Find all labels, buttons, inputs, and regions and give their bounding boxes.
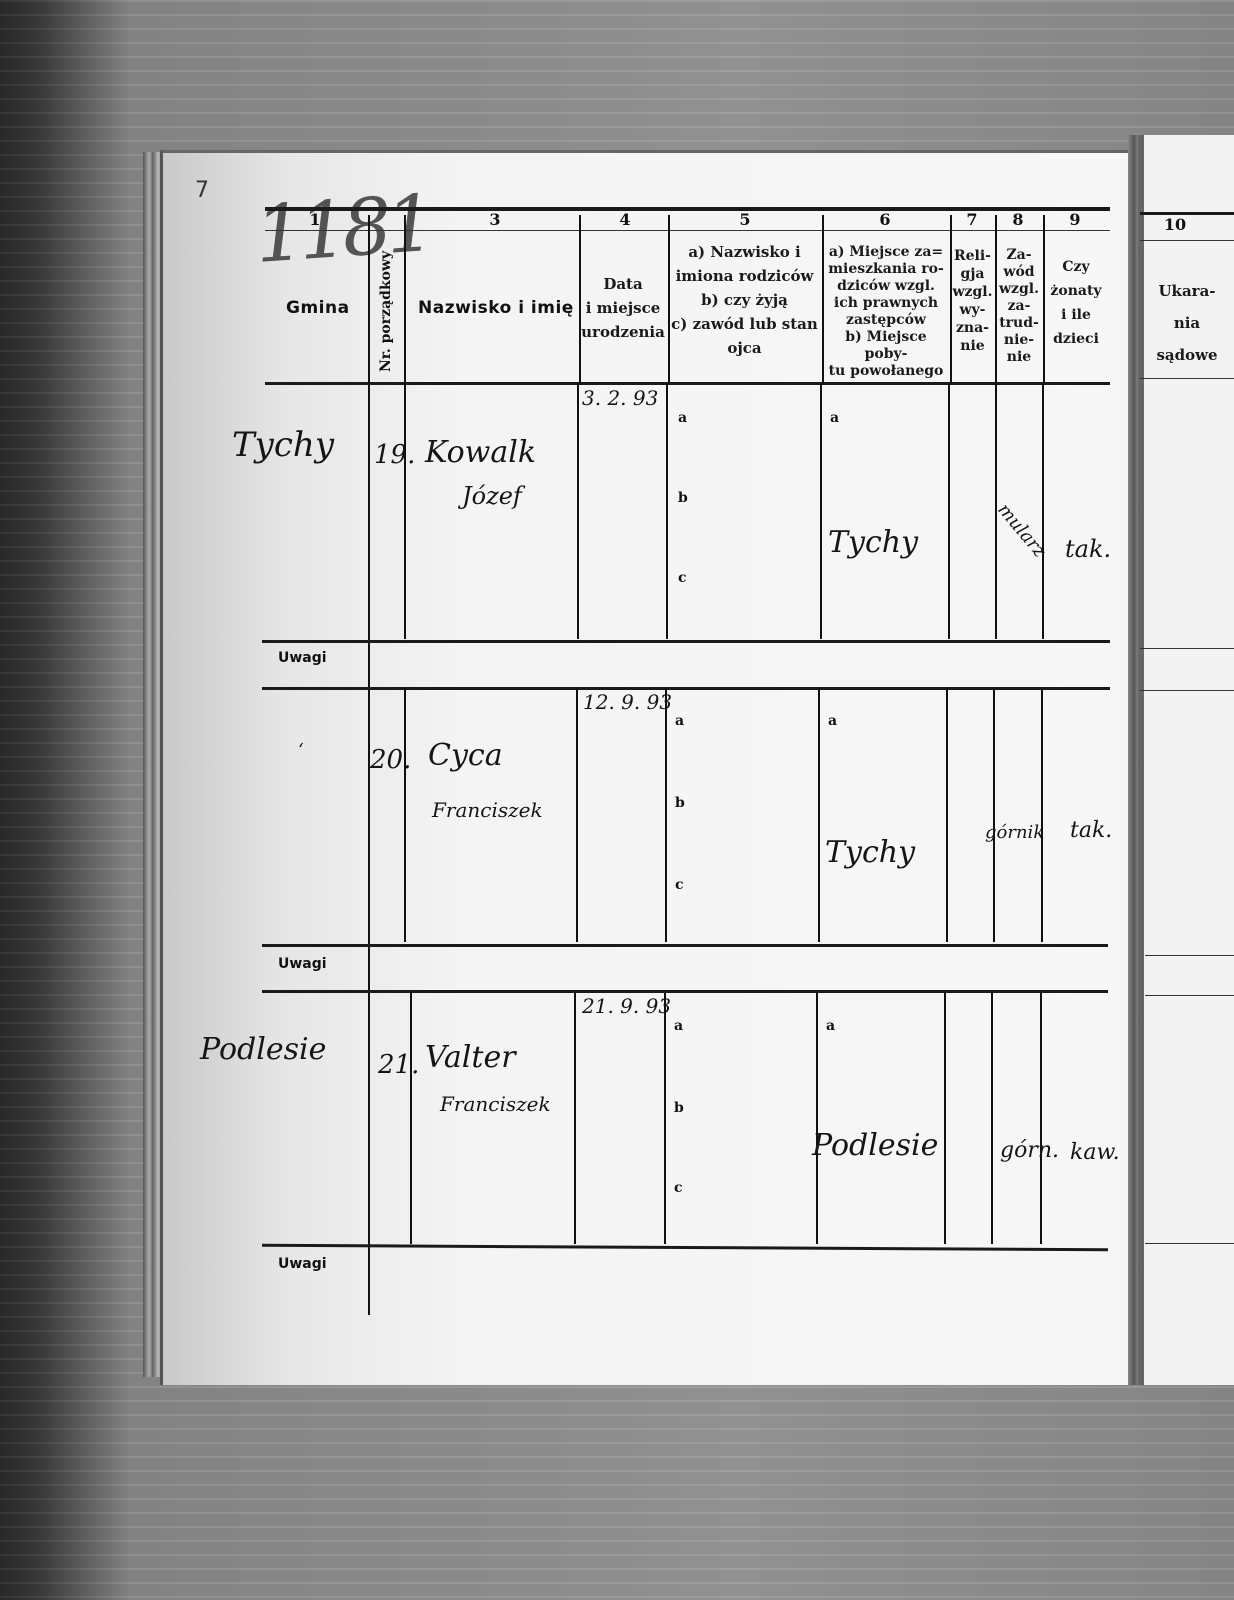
column-number-9: 9	[1060, 210, 1090, 229]
row-rule	[991, 992, 993, 1244]
header-zawod: Za- wód wzgl. za- trud- nie- nie	[995, 247, 1043, 366]
row-rule	[948, 384, 950, 639]
remarks-top-rule	[262, 640, 1110, 643]
entry-nr: 20.	[370, 745, 411, 775]
header-col-rule	[668, 215, 670, 383]
header-col-rule	[579, 215, 581, 383]
entry-nr: 21.	[378, 1050, 419, 1080]
entry-residence: Podlesie	[812, 1128, 938, 1163]
sub-label-c: c	[675, 877, 684, 893]
sub-label-a: a	[678, 410, 687, 426]
row-rule	[664, 992, 666, 1244]
row-rule	[944, 992, 946, 1244]
header-miejsce-zamieszkania: a) Miejsce za= mieszkania ro- dziców wzg…	[822, 244, 950, 380]
page-number: 7	[195, 178, 209, 203]
header-data-urodzenia: Data i miejsce urodzenia	[578, 272, 668, 344]
entry-first-name: Franciszek	[440, 1092, 551, 1116]
sub-label-a: a	[674, 1018, 683, 1034]
entry-married: tak.	[1065, 535, 1111, 563]
entry-occupation: górn.	[1000, 1138, 1059, 1163]
header-nazwisko-imie: Nazwisko i imię	[418, 298, 574, 318]
facing-header-number-rule	[1140, 240, 1234, 241]
column-number-10: 10	[1155, 215, 1195, 234]
header-col-rule	[822, 215, 824, 383]
row-rule	[818, 688, 820, 942]
remarks-bottom-rule	[262, 687, 1110, 690]
sub-label-a: a	[830, 410, 839, 426]
facing-rule	[1140, 690, 1234, 691]
row-rule	[666, 384, 668, 639]
sub-label-a: a	[675, 713, 684, 729]
header-czy-zonaty: Czy żonaty i ile dzieci	[1043, 255, 1109, 351]
row-rule	[576, 688, 578, 942]
entry-surname: Valter	[425, 1040, 516, 1075]
row-rule	[820, 384, 822, 639]
facing-rule	[1145, 955, 1234, 956]
entry-gmina-ditto: ‘	[298, 740, 304, 761]
column-number-6: 6	[870, 210, 900, 229]
row-rule	[946, 688, 948, 942]
entry-birth-date: 12. 9. 93	[583, 690, 672, 714]
facing-rule	[1145, 995, 1234, 996]
entry-married: tak.	[1070, 818, 1112, 843]
column-number-1: 1	[300, 210, 330, 229]
sub-label-c: c	[674, 1180, 683, 1196]
entry-gmina: Podlesie	[200, 1032, 326, 1067]
row-rule	[577, 384, 579, 639]
entry-nr: 19.	[374, 440, 415, 470]
row-rule	[404, 688, 406, 942]
entry-married: kaw.	[1070, 1140, 1120, 1165]
row-rule	[1042, 384, 1044, 639]
row-rule	[665, 688, 667, 942]
entry-residence: Tychy	[828, 525, 918, 560]
header-gmina: Gmina	[286, 298, 350, 318]
remarks-label: Uwagi	[278, 1256, 327, 1272]
column-number-4: 4	[610, 210, 640, 229]
entry-birth-date: 3. 2. 93	[582, 386, 658, 410]
header-number-rule	[265, 230, 1110, 231]
header-col-rule	[995, 215, 997, 383]
entry-surname: Kowalk	[425, 435, 536, 470]
column-number-8: 8	[1003, 210, 1033, 229]
row-rule	[410, 992, 412, 1244]
entry-birth-date: 21. 9. 93	[582, 994, 671, 1018]
row-rule	[404, 384, 406, 639]
header-religja: Reli- gja wzgl. wy- zna- nie	[950, 247, 995, 355]
header-rodzice: a) Nazwisko i imiona rodziców b) czy żyj…	[667, 240, 822, 360]
entry-first-name: Józef	[462, 482, 522, 510]
row-rule	[1040, 992, 1042, 1244]
header-col-rule	[1043, 215, 1045, 383]
sub-label-b: b	[674, 1100, 684, 1116]
facing-header-bottom-rule	[1140, 378, 1234, 379]
entry-residence: Tychy	[825, 835, 915, 870]
sub-label-b: b	[675, 795, 685, 811]
remarks-bottom-rule	[262, 990, 1108, 993]
header-col-rule	[950, 215, 952, 383]
header-nr-porzadkowy: Nr. porządkowy	[378, 251, 394, 372]
row-rule	[993, 688, 995, 942]
remarks-label: Uwagi	[278, 956, 327, 972]
facing-rule	[1140, 648, 1234, 649]
column-number-5: 5	[730, 210, 760, 229]
entry-gmina: Tychy	[232, 425, 334, 465]
entry-first-name: Franciszek	[432, 798, 543, 822]
sub-label-a: a	[826, 1018, 835, 1034]
sub-label-a: a	[828, 713, 837, 729]
remarks-label: Uwagi	[278, 650, 327, 666]
column-number-3: 3	[480, 210, 510, 229]
sub-label-c: c	[678, 570, 687, 586]
entry-occupation: górnik	[985, 822, 1044, 843]
facing-rule	[1145, 1243, 1234, 1244]
row-rule	[816, 992, 818, 1244]
entry-surname: Cyca	[428, 738, 503, 773]
header-ukarania-sadowe: Ukara- nia sądowe	[1140, 275, 1234, 371]
header-col-rule	[404, 215, 406, 383]
row-rule	[1041, 688, 1043, 942]
remarks-top-rule	[262, 944, 1108, 947]
row-rule	[574, 992, 576, 1244]
sub-label-b: b	[678, 490, 688, 506]
header-bottom-rule	[265, 382, 1110, 385]
column-number-7: 7	[957, 210, 987, 229]
